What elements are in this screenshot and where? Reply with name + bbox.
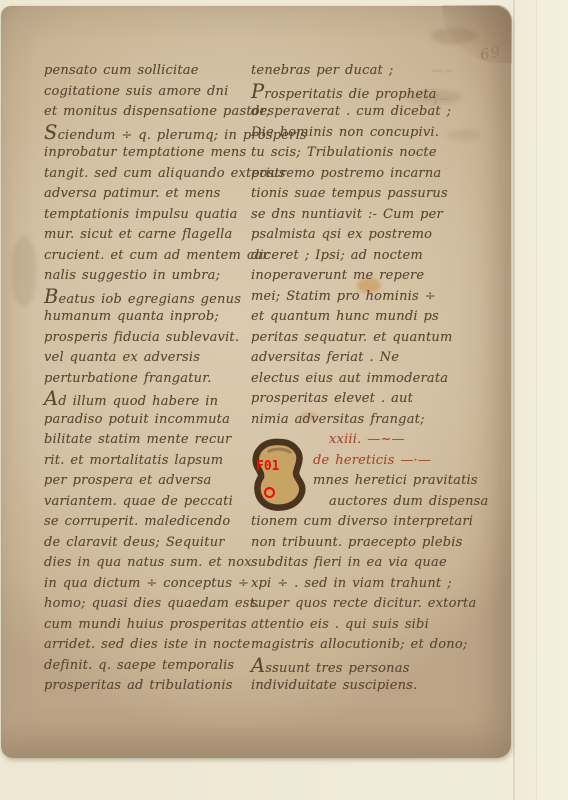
- show-through-mark: ~ʃ⁓: [424, 92, 449, 106]
- manuscript-line: inoperaverunt me repere: [251, 266, 513, 287]
- manuscript-line: Beatus iob egregians genus: [44, 287, 264, 308]
- show-through-mark: ⁓~: [432, 64, 454, 78]
- text-column-right: tenebras per ducat ;Prosperitatis die pr…: [251, 61, 513, 697]
- text-column-left: pensato cum sollicitaecogitatione suis a…: [44, 61, 264, 697]
- manuscript-line: attentio eis . qui suis sibi: [251, 615, 513, 636]
- manuscript-line: bilitate statim mente recur: [44, 430, 264, 451]
- manuscript-line: perturbatione frangatur.: [44, 369, 264, 390]
- manuscript-line: inprobatur temptatione mens: [44, 143, 264, 164]
- manuscript-line: psalmista qsi ex postremo: [251, 225, 513, 246]
- manuscript-line: et quantum hunc mundi ps: [251, 307, 513, 328]
- manuscript-line: in qua dictum ÷ conceptus ÷: [44, 574, 264, 595]
- manuscript-line: nalis suggestio in umbra;: [44, 266, 264, 287]
- manuscript-line: nimia adversitas frangat;: [251, 410, 513, 431]
- under-leaf-edge: [513, 0, 515, 800]
- manuscript-line: de claravit deus; Sequitur: [44, 533, 264, 554]
- manuscript-line: tenebras per ducat ;: [251, 61, 513, 82]
- decorated-initial-letter: [246, 438, 312, 512]
- manuscript-line: tionis suae tempus passurus: [251, 184, 513, 205]
- manuscript-line: prosperis fiducia sublevavit.: [44, 328, 264, 349]
- manuscript-line: postremo postremo incarna: [251, 164, 513, 185]
- manuscript-line: individuitate suscipiens.: [251, 676, 513, 697]
- manuscript-line: mei; Statim pro hominis ÷: [251, 287, 513, 308]
- manuscript-line: homo; quasi dies quaedam est.: [44, 594, 264, 615]
- manuscript-line: temptationis impulsu quatia: [44, 205, 264, 226]
- manuscript-line: super quos recte dicitur. extorta: [251, 594, 513, 615]
- manuscript-line: non tribuunt. praecepto plebis: [251, 533, 513, 554]
- smudge: [431, 28, 477, 44]
- annotation-label-f01[interactable]: F01: [256, 460, 279, 474]
- manuscript-line: vel quanta ex adversis: [44, 348, 264, 369]
- manuscript-line: electus eius aut immoderata: [251, 369, 513, 390]
- manuscript-scan: 69 pensato cum sollicitaecogitatione sui…: [0, 0, 568, 800]
- manuscript-line: peritas sequatur. et quantum: [251, 328, 513, 349]
- manuscript-line: se dns nuntiavit :- Cum per: [251, 205, 513, 226]
- manuscript-line: subditas fieri in ea via quae: [251, 553, 513, 574]
- manuscript-line: pensato cum sollicitae: [44, 61, 264, 82]
- initial-o-shape: [256, 442, 303, 508]
- manuscript-line: prosperitas ad tribulationis: [44, 676, 264, 697]
- manuscript-line: desperaverat . cum dicebat ;: [251, 102, 513, 123]
- manuscript-line: magistris allocutionib; et dono;: [251, 635, 513, 656]
- manuscript-line: Sciendum ÷ q. plerumq; in prosperis: [44, 123, 264, 144]
- manuscript-line: arridet. sed dies iste in nocte: [44, 635, 264, 656]
- manuscript-line: mur. sicut et carne flagella: [44, 225, 264, 246]
- manuscript-line: cogitatione suis amore dni: [44, 82, 264, 103]
- manuscript-line: tangit. sed cum aliquando exterius: [44, 164, 264, 185]
- manuscript-line: xpi ÷ . sed in viam trahunt ;: [251, 574, 513, 595]
- manuscript-line: tionem cum diverso interpretari: [251, 512, 513, 533]
- manuscript-line: paradiso potuit incommuta: [44, 410, 264, 431]
- manuscript-line: se corruperit. maledicendo: [44, 512, 264, 533]
- manuscript-line: tu scis; Tribulationis nocte: [251, 143, 513, 164]
- manuscript-line: dies in qua natus sum. et nox: [44, 553, 264, 574]
- manuscript-line: rit. et mortalitatis lapsum: [44, 451, 264, 472]
- smudge: [11, 236, 37, 306]
- manuscript-line: variantem. quae de peccati: [44, 492, 264, 513]
- manuscript-line: prosperitas elevet . aut: [251, 389, 513, 410]
- manuscript-line: definit. q. saepe temporalis: [44, 656, 264, 677]
- under-leaf-edge-2: [536, 0, 537, 800]
- manuscript-line: Die hominis non concupivi.: [251, 123, 513, 144]
- manuscript-line: Assuunt tres personas: [251, 656, 513, 677]
- manuscript-line: adversitas feriat . Ne: [251, 348, 513, 369]
- manuscript-line: diceret ; Ipsi; ad noctem: [251, 246, 513, 267]
- manuscript-line: adversa patimur. et mens: [44, 184, 264, 205]
- manuscript-line: et monitus dispensatione pastor;: [44, 102, 264, 123]
- manuscript-line: humanum quanta inprob;: [44, 307, 264, 328]
- manuscript-line: Prosperitatis die propheta: [251, 82, 513, 103]
- manuscript-line: cum mundi huius prosperitas: [44, 615, 264, 636]
- annotation-target-dot[interactable]: [264, 487, 275, 498]
- manuscript-line: Ad illum quod habere in: [44, 389, 264, 410]
- manuscript-line: per prospera et adversa: [44, 471, 264, 492]
- manuscript-line: crucient. et cum ad mentem car: [44, 246, 264, 267]
